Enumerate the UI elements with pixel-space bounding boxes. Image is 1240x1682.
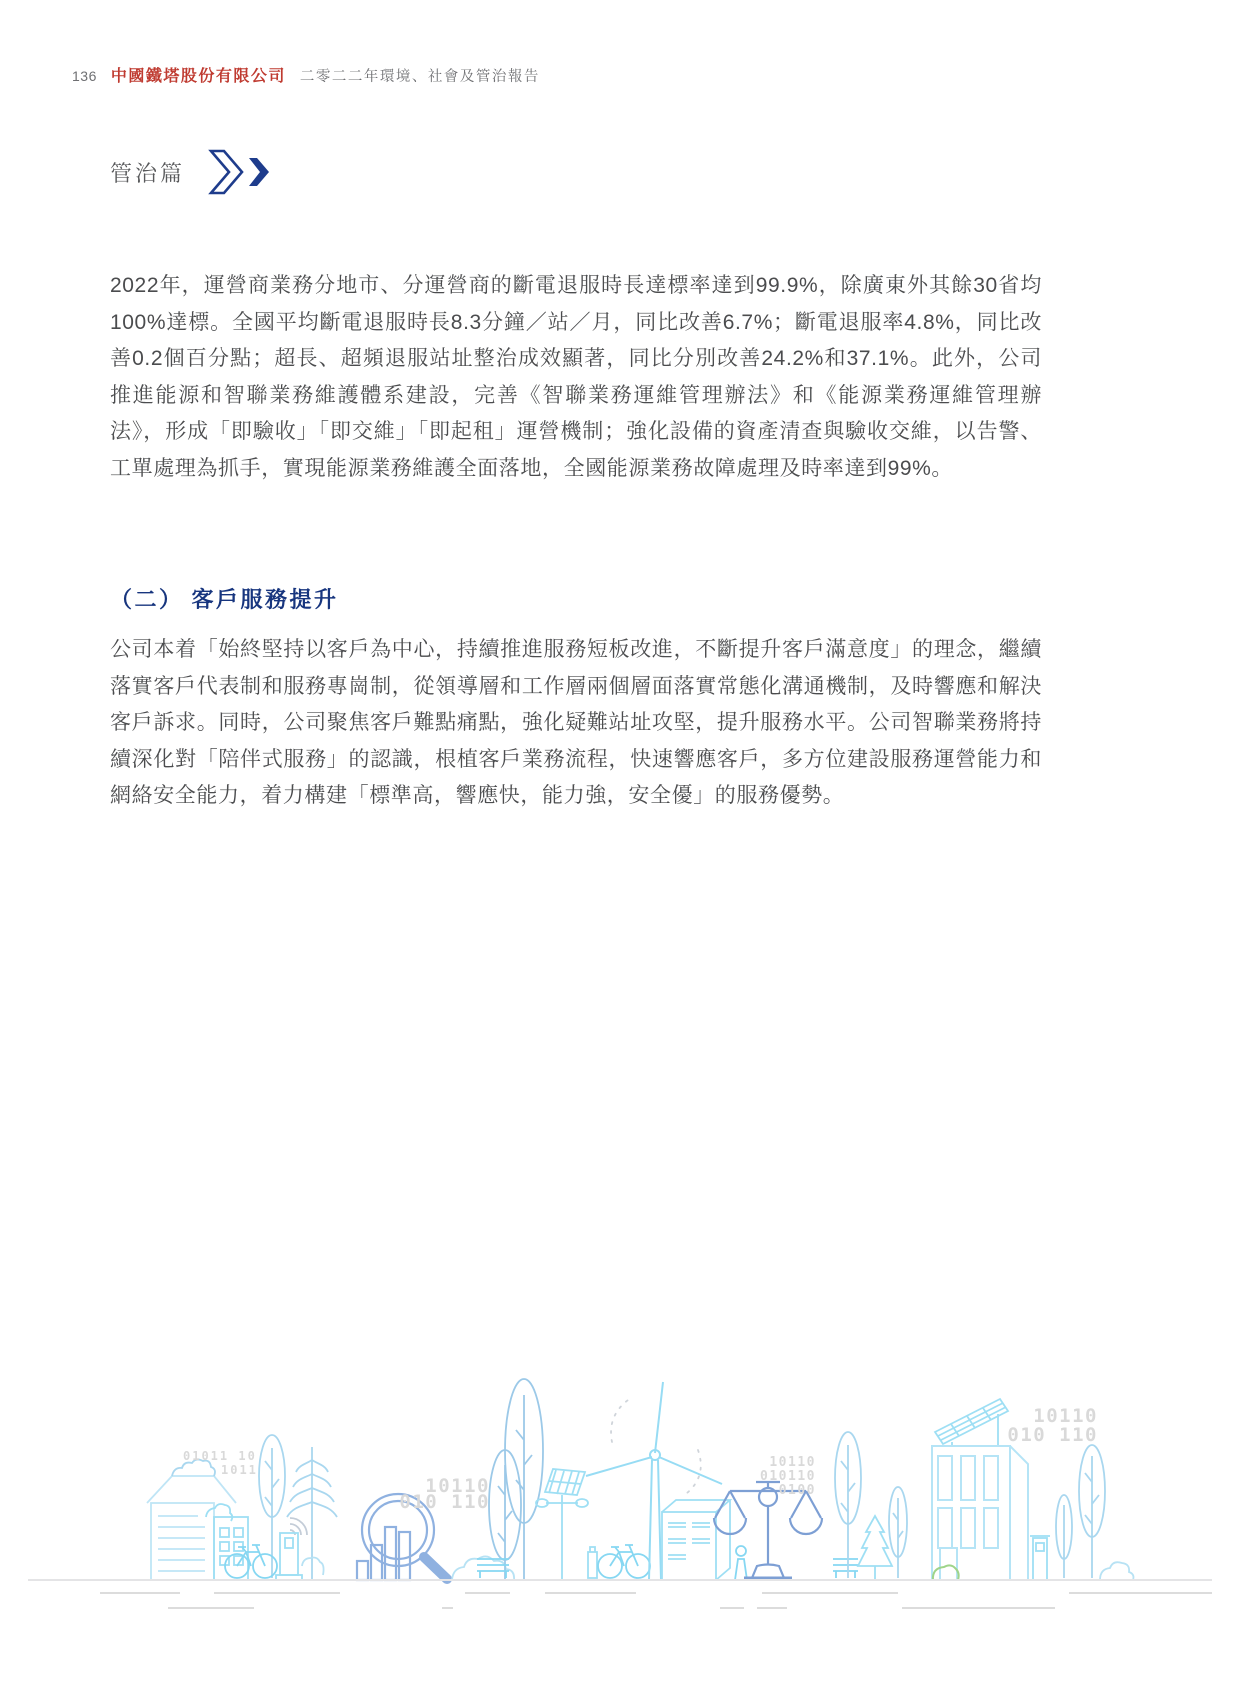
ev-charger-icon [276,1518,324,1580]
chevron-filled-icon [249,158,269,186]
bollard-icon [588,1547,597,1578]
door [940,1548,957,1580]
tall-tree-icon-2 [1079,1445,1105,1578]
bicycle-icon-2 [598,1545,650,1578]
wind-turbine-icon [586,1382,722,1580]
binary-code-3c: 0100 [779,1483,816,1498]
binary-code-4b: 010 110 [1007,1424,1098,1446]
bush-icon-right [1100,1562,1134,1580]
report-title: 二零二二年環境、社會及管治報告 [300,65,540,86]
house-icon [147,1459,236,1580]
thin-tree-icon-2 [1056,1495,1072,1578]
binary-code-3: 10110 [769,1455,816,1470]
subsection-title: 客戶服務提升 [192,587,339,612]
ground-dashes [100,1593,1212,1608]
pine-tree-icon [287,1447,337,1580]
twin-trees-icon [489,1379,543,1580]
binary-code-2b: 010 110 [399,1491,490,1513]
binary-code-1b: 1011 [221,1463,258,1477]
subsection-index: （二） [110,587,184,612]
section-chevrons [205,148,277,196]
binary-code-1: 01011 10 [183,1449,257,1463]
binary-code-3b: 010110 [760,1469,816,1484]
bench-icon-2 [833,1559,858,1578]
person-icon [735,1546,747,1580]
charge-post-icon [1030,1536,1050,1580]
paragraph-customer-service: 公司本着「始終堅持以客戶為中心，持續推進服務短板改進，不斷提升客戶滿意度」的理念… [110,632,1042,815]
subsection-heading: （二）客戶服務提升 [110,583,339,614]
section-tab-label: 管治篇 [110,157,185,188]
utility-house-icon [662,1500,730,1580]
footer-illustration: 01011 10 1011 10110 010 110 [0,1270,1240,1682]
solar-lamp-icon [536,1469,588,1580]
bicycle-icon [225,1545,277,1578]
round-pine-icon [858,1516,892,1580]
company-name: 中國鐵塔股份有限公司 [111,63,286,86]
page-header: 136 中國鐵塔股份有限公司 二零二二年環境、社會及管治報告 [72,63,540,86]
page-number: 136 [72,68,97,84]
chevron-outline-icon [211,151,242,193]
tall-tree-icon [835,1432,861,1578]
bush-icon [206,1504,232,1521]
paragraph-operations: 2022年，運營商業務分地市、分運營商的斷電退服時長達標率達到99.9%，除廣東… [110,268,1042,488]
rooftop-solar-icon [935,1399,1008,1446]
section-tab: 管治篇 [110,148,277,196]
green-bush-icon [933,1565,959,1580]
